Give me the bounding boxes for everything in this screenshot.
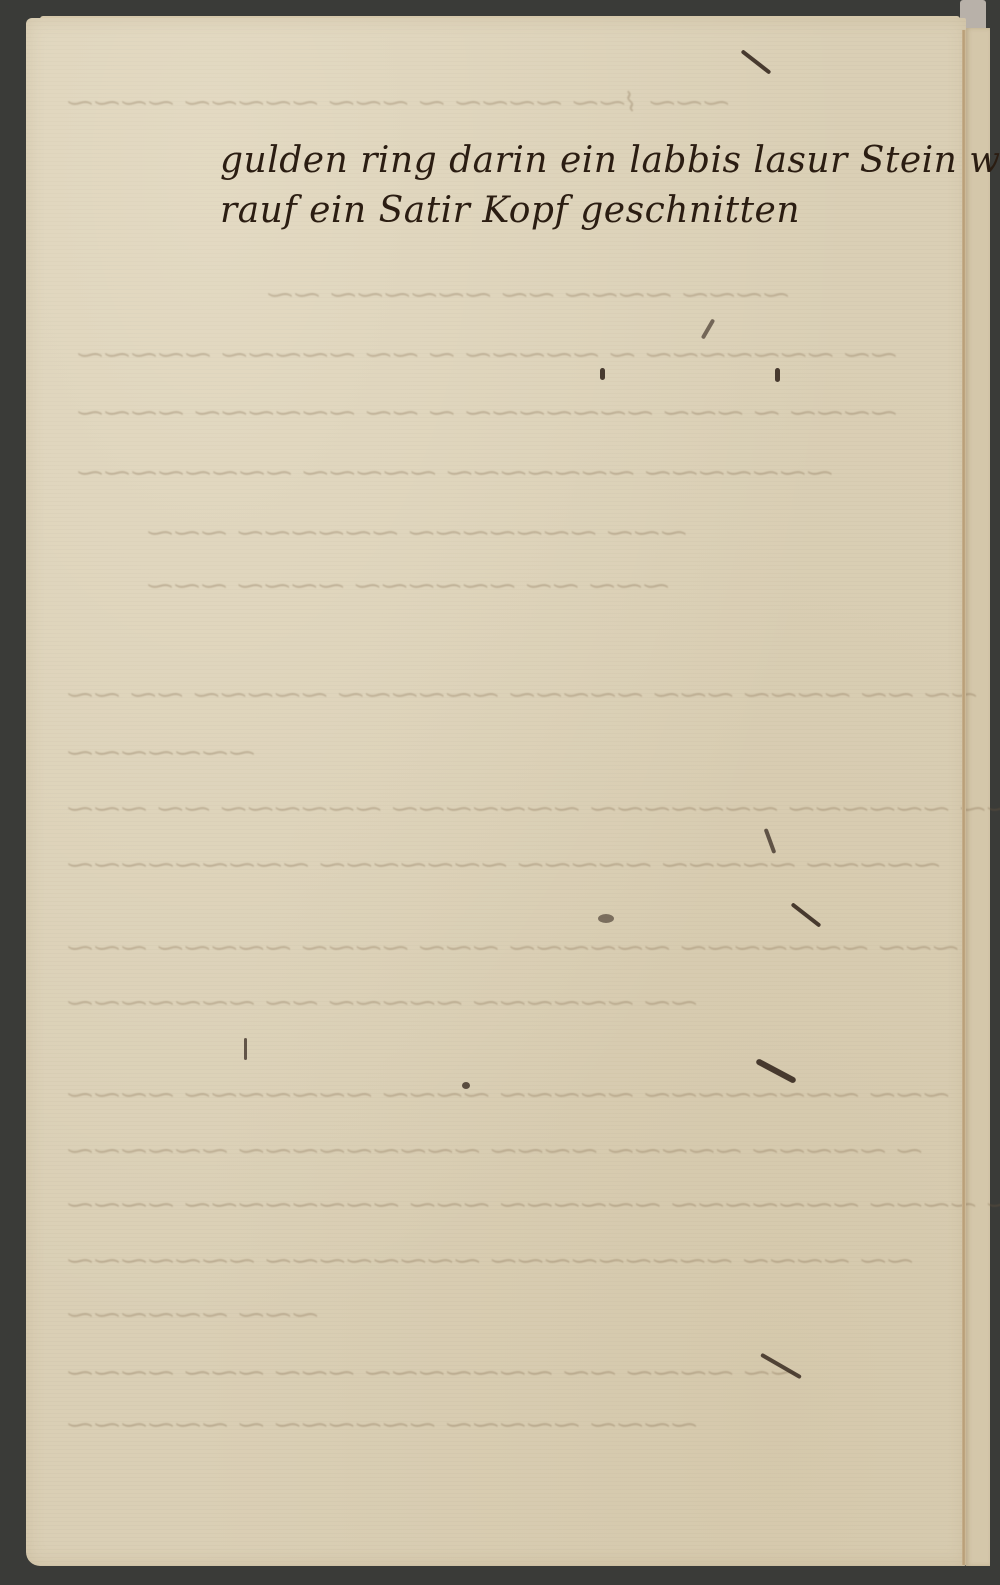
- ink-stroke: [791, 902, 822, 927]
- bleed-through-line: ⁓ ⁓⁓⁓⁓⁓ ⁓⁓⁓⁓⁓ ⁓⁓⁓⁓ ⁓⁓⁓⁓⁓⁓⁓⁓⁓ ⁓⁓⁓⁓⁓⁓: [66, 1136, 922, 1166]
- bleed-through-line: ⁓⁓⁓ ⌇⁓⁓ ⁓⁓⁓⁓ ⁓ ⁓⁓⁓ ⁓⁓⁓⁓⁓ ⁓⁓⁓⁓: [66, 88, 729, 118]
- ink-dot: [462, 1082, 470, 1089]
- ink-stroke: [244, 1038, 247, 1060]
- adjacent-leaf-edge: [966, 28, 990, 1566]
- ink-blot: [598, 914, 614, 923]
- bleed-through-line: ⁓⁓⁓⁓ ⁓⁓⁓⁓ ⁓⁓ ⁓⁓⁓⁓⁓⁓ ⁓⁓: [266, 280, 789, 310]
- bleed-through-line: ⁓⁓⁓ ⁓⁓⁓⁓⁓⁓⁓⁓ ⁓⁓⁓⁓⁓ ⁓⁓⁓⁓ ⁓⁓⁓⁓⁓⁓⁓ ⁓⁓⁓⁓: [66, 1080, 949, 1110]
- ink-stroke: [741, 49, 772, 74]
- ink-dot: [600, 368, 605, 380]
- ink-dot: [775, 368, 780, 382]
- bleed-through-line: ⁓⁓⁓⁓ ⁓⁓⁓⁓⁓ ⁓⁓⁓⁓⁓⁓ ⁓ ⁓⁓⁓⁓⁓⁓: [66, 1410, 697, 1440]
- bleed-through-line: ⁓⁓⁓ ⁓⁓⁓⁓⁓⁓⁓ ⁓⁓⁓⁓⁓⁓ ⁓⁓⁓ ⁓⁓⁓⁓ ⁓⁓⁓⁓⁓ ⁓⁓⁓: [66, 933, 959, 963]
- bleed-through-line: ⁓⁓⁓⁓⁓ ⁓⁓⁓⁓⁓ ⁓⁓⁓⁓⁓ ⁓⁓⁓⁓⁓⁓⁓ ⁓⁓⁓⁓⁓⁓⁓⁓⁓: [66, 850, 940, 880]
- bleed-through-line: ⁓⁓ ⁓⁓⁓⁓⁓⁓⁓ ⁓ ⁓⁓⁓⁓⁓ ⁓ ⁓⁓ ⁓⁓⁓⁓⁓ ⁓⁓⁓⁓⁓: [76, 340, 897, 370]
- bleed-through-line: ⁓⁓⁓ ⁓⁓⁓⁓⁓⁓: [66, 1300, 318, 1330]
- ink-stroke: [755, 1058, 797, 1084]
- manuscript-line-1: gulden ring darin ein labbis lasur Stein…: [220, 140, 1000, 181]
- bleed-through-line: ⁓⁓ ⁓⁓⁓⁓ ⁓⁓⁓⁓⁓⁓⁓⁓⁓ ⁓⁓⁓⁓⁓⁓⁓⁓ ⁓⁓⁓⁓⁓⁓⁓: [66, 1246, 913, 1276]
- bleed-through-line: ⁓⁓ ⁓⁓ ⁓⁓⁓⁓ ⁓⁓⁓ ⁓⁓⁓⁓⁓ ⁓⁓⁓⁓⁓⁓ ⁓⁓⁓⁓⁓ ⁓⁓ ⁓⁓: [66, 680, 977, 710]
- bleed-through-line: ⁓⁓⁓ ⁓⁓ ⁓⁓⁓⁓⁓⁓ ⁓⁓⁓⁓ ⁓⁓⁓: [146, 571, 669, 601]
- ink-stroke: [701, 318, 715, 339]
- manuscript-line-2: rauf ein Satir Kopf geschnitten: [220, 190, 800, 231]
- bleed-through-line: ⁓⁓⁓⁓⁓⁓⁓: [66, 738, 255, 768]
- ink-stroke: [764, 828, 777, 854]
- bleed-through-line: ⁓⁓⁓ ⁓⁓⁓⁓⁓⁓⁓ ⁓⁓⁓⁓⁓⁓ ⁓⁓⁓: [146, 518, 687, 548]
- bleed-through-line: ⁓⁓ ⁓⁓⁓⁓⁓⁓ ⁓⁓⁓⁓⁓ ⁓⁓ ⁓⁓⁓⁓⁓⁓⁓: [66, 988, 697, 1018]
- bleed-through-line: ⁓⁓ ⁓⁓⁓⁓⁓⁓ ⁓⁓⁓⁓⁓⁓⁓ ⁓⁓⁓⁓⁓⁓⁓ ⁓⁓⁓⁓⁓⁓ ⁓⁓ ⁓⁓⁓: [66, 794, 1000, 824]
- manuscript-page: ⁓⁓⁓ ⌇⁓⁓ ⁓⁓⁓⁓ ⁓ ⁓⁓⁓ ⁓⁓⁓⁓⁓ ⁓⁓⁓⁓ ⁓⁓⁓⁓ ⁓⁓⁓⁓ …: [26, 18, 966, 1566]
- bleed-through-line: ⁓⁓ ⁓⁓⁓⁓ ⁓⁓⁓⁓⁓⁓⁓ ⁓⁓⁓⁓⁓⁓ ⁓⁓⁓ ⁓⁓⁓⁓⁓⁓⁓⁓ ⁓⁓⁓⁓: [66, 1190, 1000, 1220]
- bleed-through-line: ⁓⁓⁓⁓ ⁓ ⁓⁓⁓ ⁓⁓⁓⁓⁓⁓⁓ ⁓ ⁓⁓ ⁓⁓⁓⁓⁓⁓ ⁓⁓⁓⁓: [76, 398, 897, 428]
- ink-stroke: [760, 1353, 802, 1379]
- page-fold: [962, 30, 966, 1565]
- bleed-through-line: ⁓⁓ ⁓⁓⁓⁓ ⁓⁓ ⁓⁓⁓⁓⁓⁓⁓ ⁓⁓⁓ ⁓⁓⁓ ⁓⁓⁓⁓: [66, 1358, 797, 1388]
- bleed-through-line: ⁓⁓⁓⁓⁓⁓⁓ ⁓⁓⁓⁓⁓⁓⁓ ⁓⁓⁓⁓⁓ ⁓⁓⁓⁓⁓⁓⁓⁓: [76, 458, 833, 488]
